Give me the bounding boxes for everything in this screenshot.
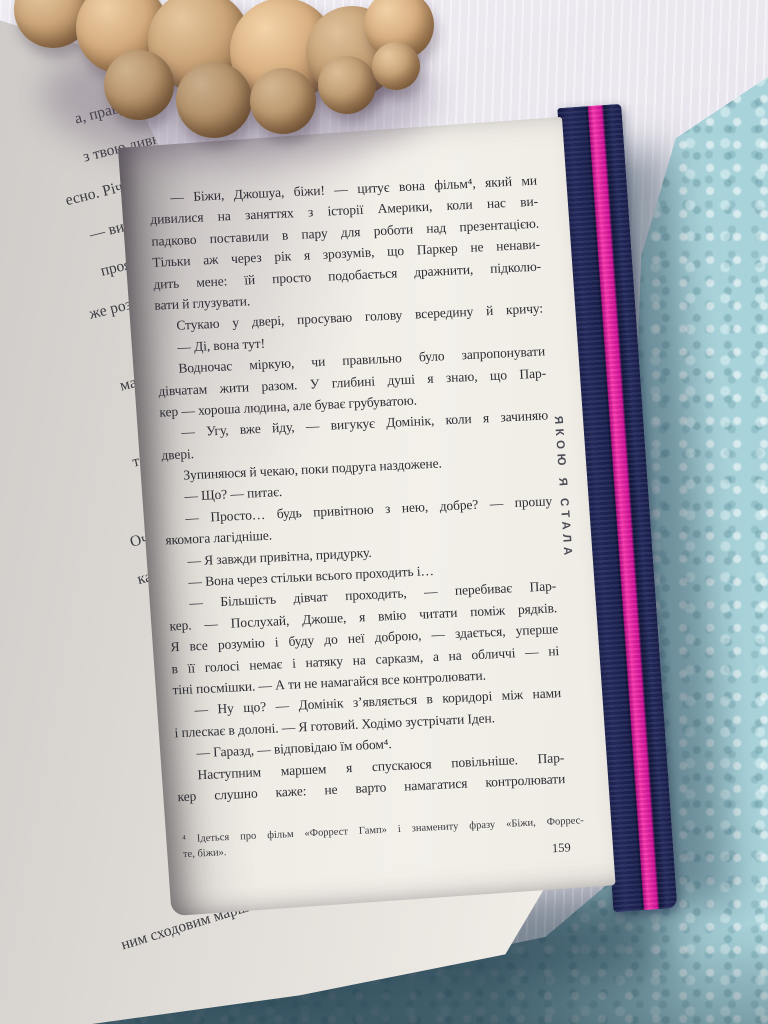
book-photo-scene: а, правда? — питз твою дивну повесно. Рі… bbox=[0, 0, 768, 1024]
page-number: 159 bbox=[552, 840, 571, 856]
page-text-block: — Біжи, Джошуа, біжи! — цитує вона фільм… bbox=[149, 170, 566, 808]
footnote-block: ⁴ Ідеться про фільм «Форрест Гамп» і зна… bbox=[182, 814, 585, 862]
open-book: — Біжи, Джошуа, біжи! — цитує вона фільм… bbox=[118, 117, 616, 916]
beads-shadow bbox=[42, 26, 432, 166]
right-page: — Біжи, Джошуа, біжи! — цитує вона фільм… bbox=[118, 117, 616, 916]
